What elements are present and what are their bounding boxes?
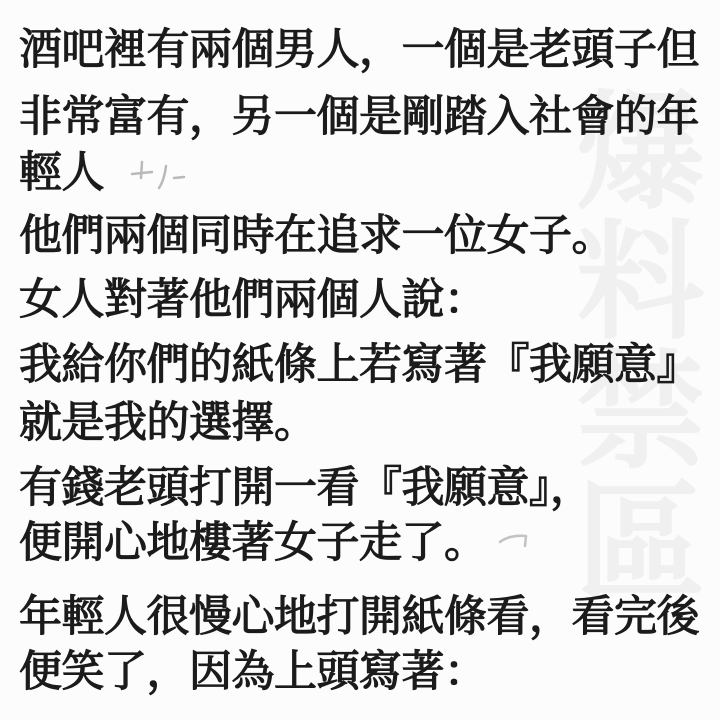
story-line: 非常富有，另一個是剛踏入社會的年	[19, 94, 699, 141]
story-line: 他們兩個同時在追求一位女子。	[19, 213, 614, 260]
story-line: 有錢老頭打開一看『我願意』，	[19, 465, 593, 512]
story-page: 爆料禁區 酒吧裡有兩個男人，一個是老頭子但 非常富有，另一個是剛踏入社會的年 輕…	[0, 0, 720, 720]
story-line: 便開心地樓著女子走了。	[19, 520, 487, 567]
story-line: 輕人	[19, 150, 104, 197]
story-line: 年輕人很慢心地打開紙條看，看完後	[19, 594, 699, 641]
story-line: 便笑了，因為上頭寫著：	[19, 649, 487, 696]
story-line: 酒吧裡有兩個男人，一個是老頭子但	[19, 27, 699, 74]
story-line: 我給你們的紙條上若寫著『我願意』	[19, 342, 699, 389]
smudge-artifact	[118, 152, 228, 200]
smudge-artifact	[492, 528, 540, 554]
story-line: 女人對著他們兩個人說：	[19, 277, 487, 324]
story-line: 就是我的選擇。	[19, 400, 317, 447]
